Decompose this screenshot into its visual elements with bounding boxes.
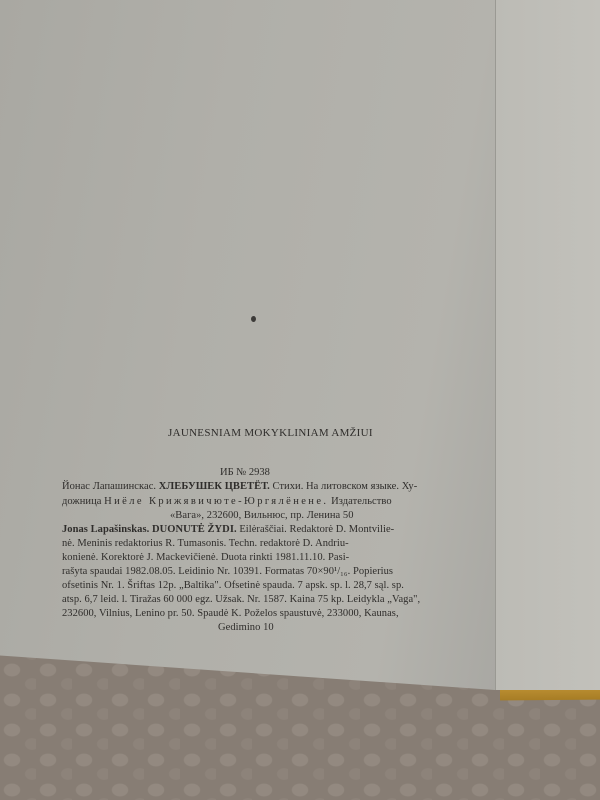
russian-imprint-text: Стихи. На литовском языке. Ху- bbox=[273, 481, 418, 492]
lithuanian-imprint-line-8: Gedimino 10 bbox=[218, 622, 274, 633]
russian-imprint-text: дожница bbox=[62, 496, 101, 507]
russian-imprint-line-3: «Вага», 232600, Вильнюс, пр. Ленина 50 bbox=[170, 510, 354, 521]
ink-speck bbox=[251, 316, 256, 322]
illustrator-name: Ниёле Крижявичюте-Юргялёнене. bbox=[104, 496, 328, 507]
lithuanian-imprint-text: Eilėraščiai. Redaktorė D. Montvilie- bbox=[239, 524, 394, 535]
lithuanian-author: Jonas Lapašinskas. bbox=[62, 524, 149, 535]
dedication-label: JAUNESNIAM MOKYKLINIAM AMŽIUI bbox=[168, 427, 373, 439]
russian-imprint-line-1: Йонас Лапашинскас. ХЛЕБУШЕК ЦВЕТЁТ. Стих… bbox=[62, 481, 417, 492]
lithuanian-imprint-line-5: ofsetinis Nr. 1. Šriftas 12p. „Baltika".… bbox=[62, 580, 404, 591]
russian-title: ХЛЕБУШЕК ЦВЕТЁТ. bbox=[159, 481, 270, 492]
lithuanian-imprint-line-1: Jonas Lapašinskas. DUONUTĖ ŽYDI. Eilėraš… bbox=[62, 524, 394, 535]
ib-number: ИБ № 2938 bbox=[220, 467, 270, 478]
lithuanian-imprint-line-4: rašyta spaudai 1982.08.05. Leidinio Nr. … bbox=[62, 566, 393, 577]
lithuanian-imprint-line-7: 232600, Vilnius, Lenino pr. 50. Spaudė K… bbox=[62, 608, 399, 619]
russian-imprint-text: Издательство bbox=[331, 496, 392, 507]
russian-author: Йонас Лапашинскас. bbox=[62, 481, 156, 492]
lithuanian-imprint-line-3: konienė. Korektorė J. Mackevičienė. Duot… bbox=[62, 552, 349, 563]
lithuanian-title: DUONUTĖ ŽYDI. bbox=[152, 524, 237, 535]
russian-imprint-line-2: дожница Ниёле Крижявичюте-Юргялёнене. Из… bbox=[62, 496, 392, 507]
facing-page-edge bbox=[495, 0, 600, 690]
lithuanian-imprint-line-2: nė. Meninis redaktorius R. Tumasonis. Te… bbox=[62, 538, 349, 549]
lithuanian-imprint-line-6: atsp. 6,7 leid. l. Tiražas 60 000 egz. U… bbox=[62, 594, 420, 605]
